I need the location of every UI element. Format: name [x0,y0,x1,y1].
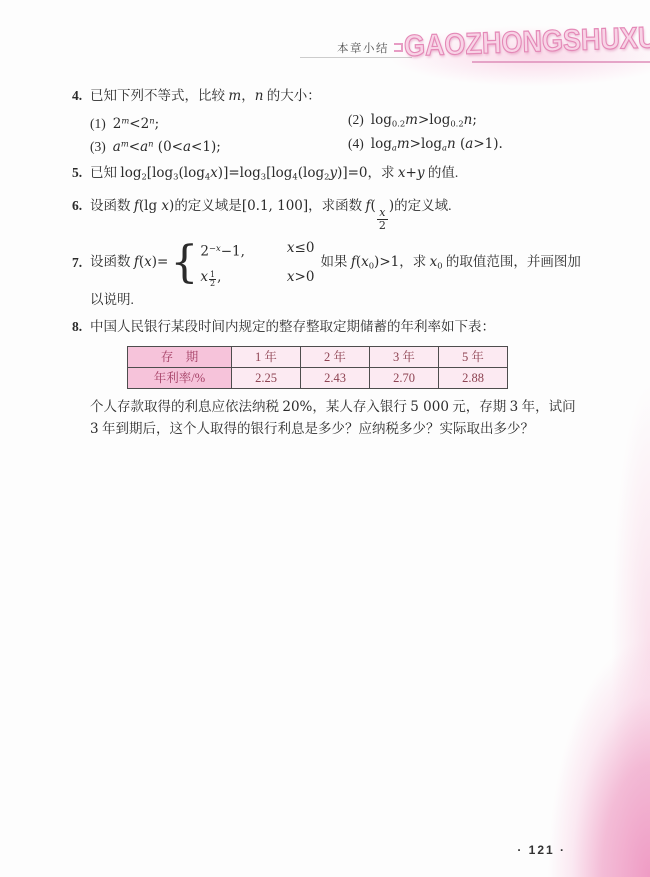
item-4-math: logam>logan (a>1). [371,136,503,151]
left-brace: { [170,240,198,286]
rate-5-year: 2.88 [439,368,508,389]
problem-8-stem: 中国人民银行某段时间内规定的整存整取定期储蓄的年利率如下表： [90,317,584,337]
header-rule-pink [472,61,650,63]
item-3-math: am<an (0<a<1); [113,139,221,154]
rate-1-year: 2.25 [232,368,301,389]
table-header-row: 存 期 1 年 2 年 3 年 5 年 [128,347,508,368]
problem-4-item-4: (4)logam>logan (a>1). [348,134,584,158]
interest-rate-table: 存 期 1 年 2 年 3 年 5 年 年利率/% 2.25 2.43 2.70… [127,346,508,389]
header-rule-gray [300,57,412,58]
header-cell-3-year: 3 年 [370,347,439,368]
item-3-label: (3) [90,139,106,154]
case-2-condition: x>0 [287,266,315,290]
header-cell-2-year: 2 年 [301,347,370,368]
problem-5-text: 已知 log2[log3(log4x)]=log3[log4(log2y)]=0… [90,163,584,187]
case-1-expression: 2−x−1, [200,237,245,263]
problem-4-item-1: (1)2m<2n; [90,110,348,134]
problem-4-item-3: (3)am<an (0<a<1); [90,134,348,158]
problem-6: 6. 设函数 f(lg x)的定义域是[0.1, 100]，求函数 f(x2)的… [72,191,584,233]
section-marker-icon [394,43,403,52]
textbook-page: 本章小结 GAOZHONGSHUXUE 4. 已知下列不等式，比较 m，n 的大… [0,0,650,877]
rate-2-year: 2.43 [301,368,370,389]
table-rate-row: 年利率/% 2.25 2.43 2.70 2.88 [128,368,508,389]
problem-7-text: 设函数 f(x)={2−x−1,x≤0x12,x>0如果 f(x0)>1，求 x… [90,237,584,311]
section-title: 本章小结 [337,40,389,56]
problem-8-paragraph: 个人存款取得的利息应依法纳税 20%，某人存入银行 5 000 元，存期 3 年… [90,396,584,440]
problem-8: 8. 中国人民银行某段时间内规定的整存整取定期储蓄的年利率如下表： [72,317,584,337]
header-cell-1-year: 1 年 [232,347,301,368]
item-2-label: (2) [348,112,364,127]
problem-4: 4. 已知下列不等式，比较 m，n 的大小： [72,86,584,106]
problem-4-stem: 已知下列不等式，比较 m，n 的大小： [90,86,584,106]
problem-5: 5. 已知 log2[log3(log4x)]=log3[log4(log2y)… [72,163,584,187]
problem-7: 7. 设函数 f(x)={2−x−1,x≤0x12,x>0如果 f(x0)>1，… [72,237,584,311]
exercise-content: 4. 已知下列不等式，比较 m，n 的大小： (1)2m<2n; (2)log0… [72,86,584,440]
problem-4-number: 4. [72,86,90,106]
header-cell-5-year: 5 年 [439,347,508,368]
problem-7-number: 7. [72,237,90,311]
item-2-math: log0.2m>log0.2n; [371,112,477,127]
problem-7-before: 设函数 f(x)= [90,254,168,269]
brand-watermark: GAOZHONGSHUXUE [403,22,629,64]
piecewise-cases: 2−x−1,x≤0x12,x>0 [200,237,314,289]
problem-8-number: 8. [72,317,90,337]
page-number: · 121 · [517,843,566,857]
problem-4-subitems: (1)2m<2n; (2)log0.2m>log0.2n; (3)am<an (… [90,110,584,157]
item-1-math: 2m<2n; [113,116,159,131]
item-1-label: (1) [90,116,106,131]
problem-6-text: 设函数 f(lg x)的定义域是[0.1, 100]，求函数 f(x2)的定义域… [90,191,584,233]
item-4-label: (4) [348,136,364,151]
case-1-condition: x≤0 [287,237,315,263]
header-cell-deposit-term: 存 期 [128,347,232,368]
problem-5-number: 5. [72,163,90,187]
piecewise-function: {2−x−1,x≤0x12,x>0 [170,237,314,289]
rate-label-cell: 年利率/% [128,368,232,389]
rate-3-year: 2.70 [370,368,439,389]
problem-4-item-2: (2)log0.2m>log0.2n; [348,110,584,134]
case-2-expression: x12, [200,266,245,290]
problem-6-number: 6. [72,191,90,233]
